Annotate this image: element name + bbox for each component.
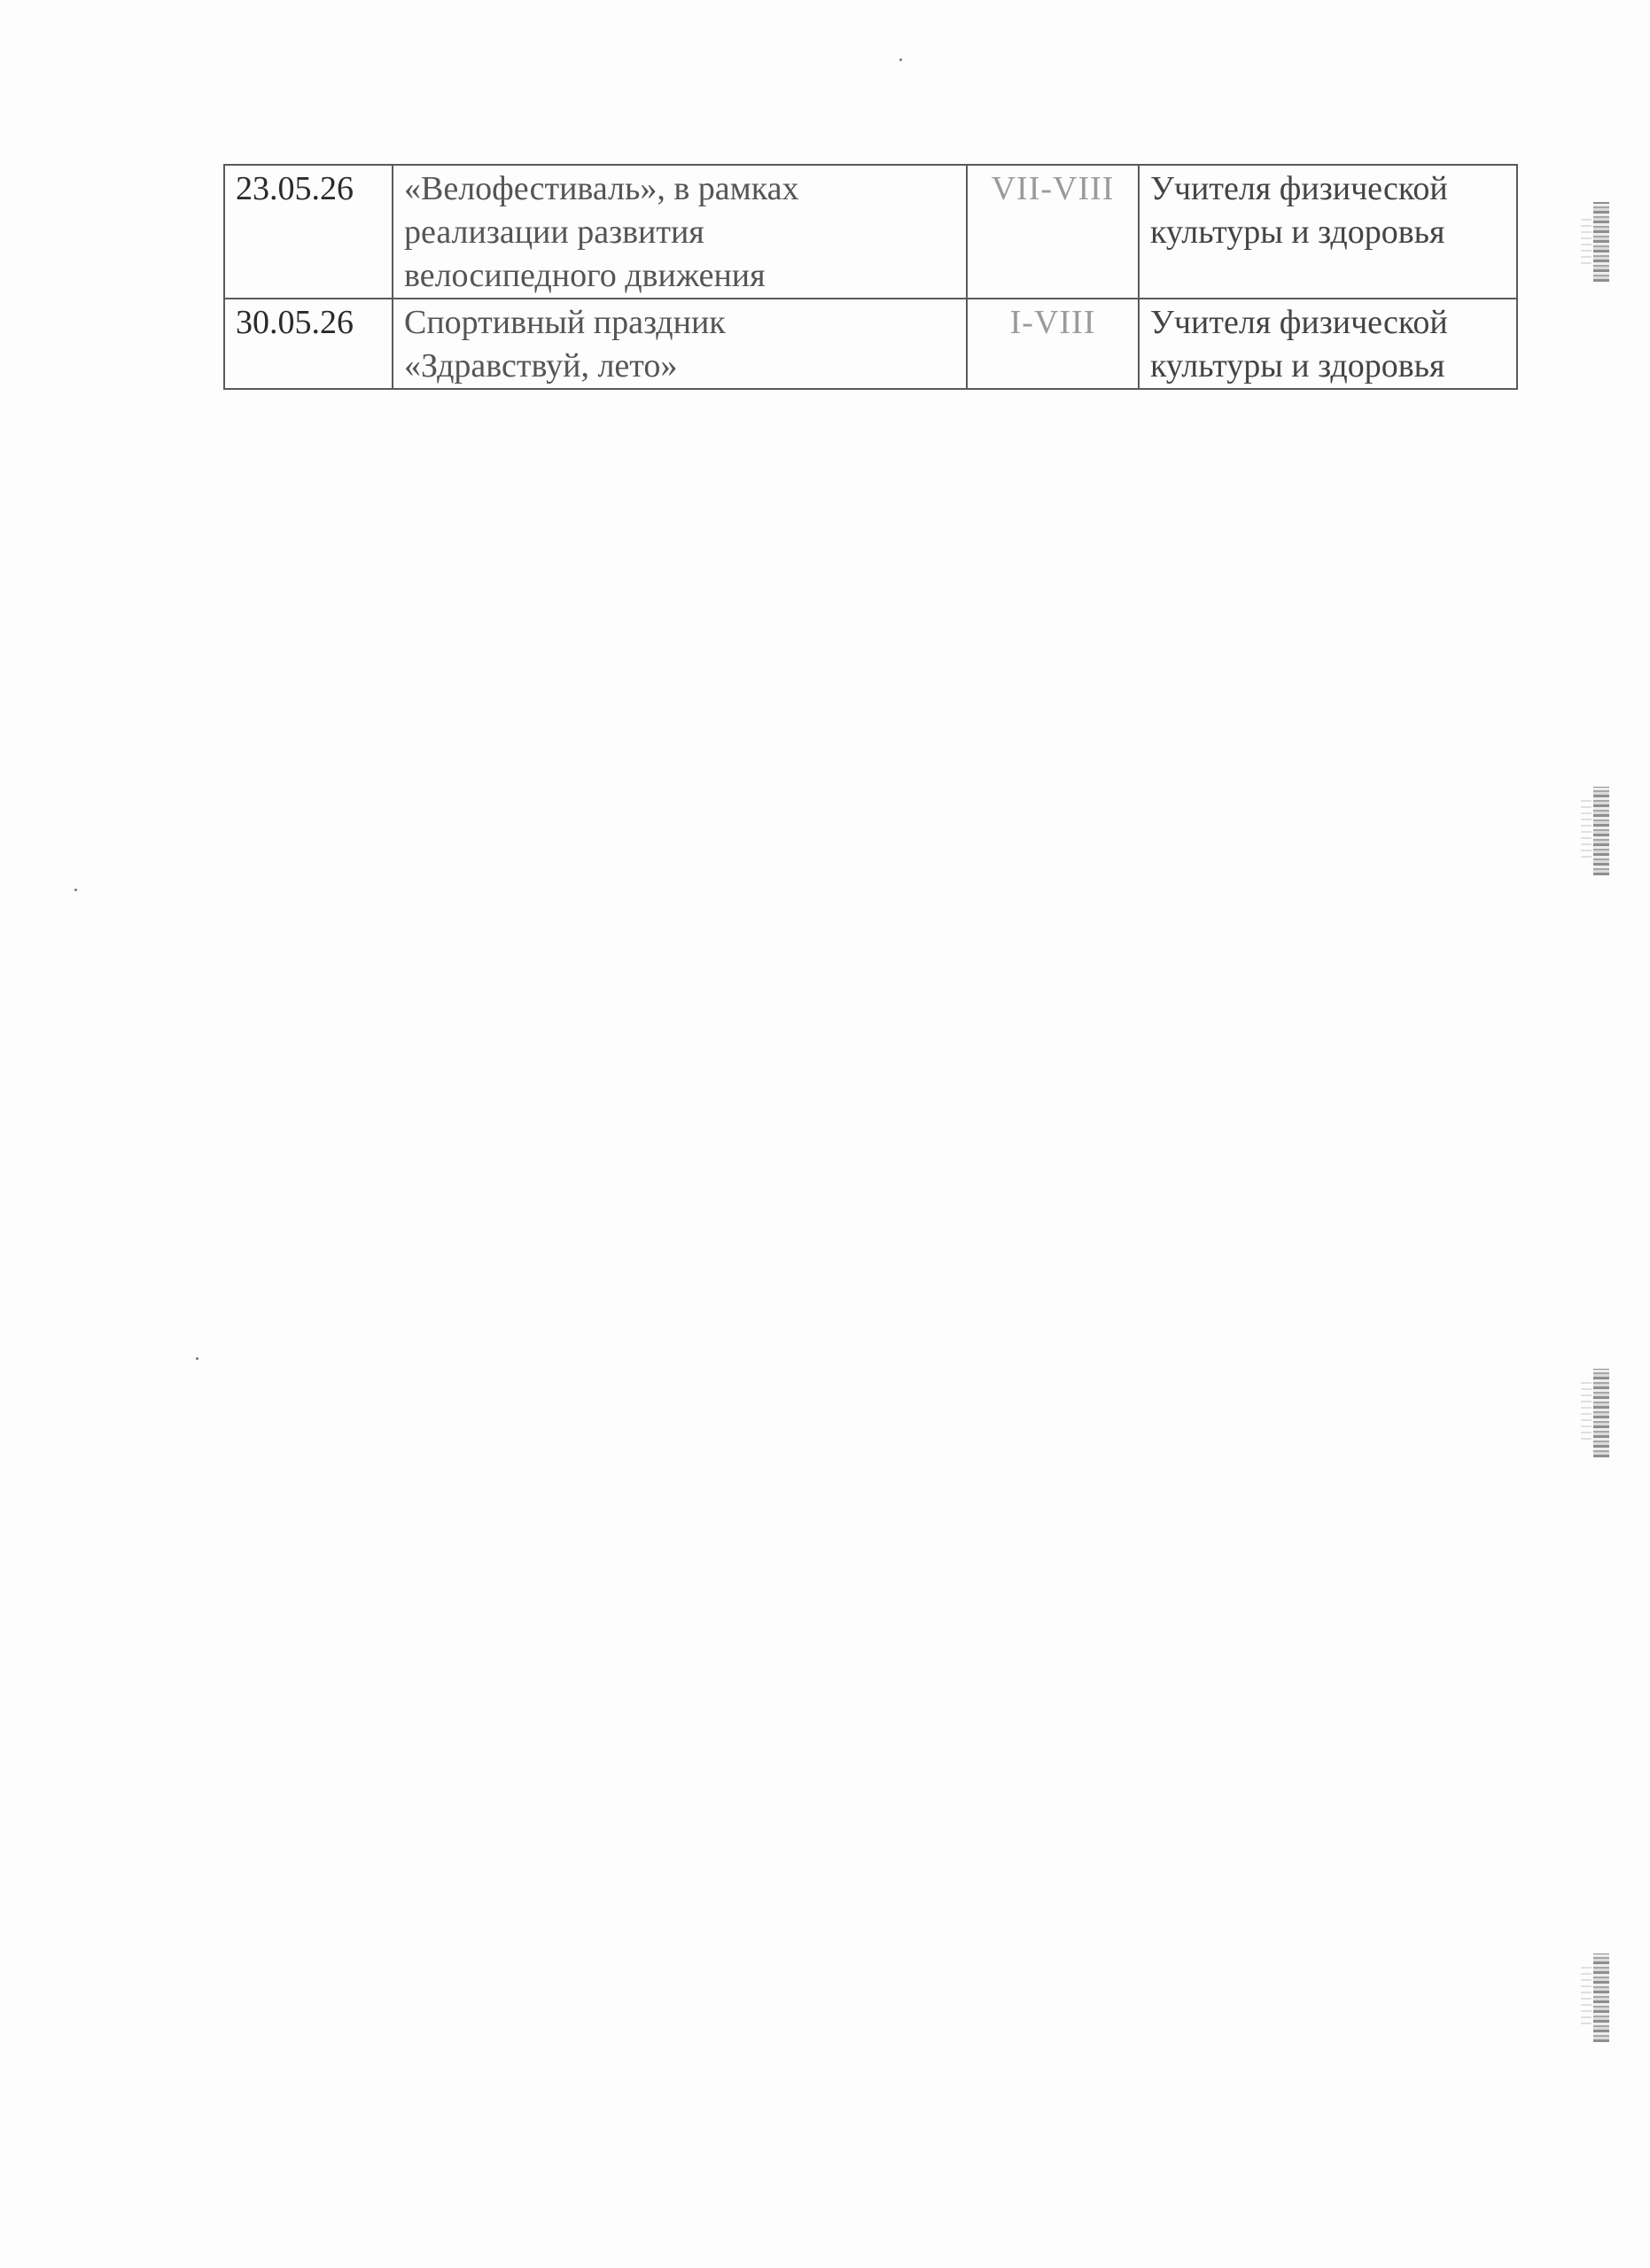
event-date: 23.05.26 xyxy=(224,165,393,299)
speck xyxy=(74,889,77,891)
table-row: 23.05.26 «Велофестиваль», в рамках реали… xyxy=(224,165,1517,299)
scanner-artifact xyxy=(1593,1369,1609,1457)
scanner-artifact xyxy=(1593,202,1609,282)
scanner-artifact xyxy=(1593,1953,1609,2042)
event-date: 30.05.26 xyxy=(224,299,393,389)
speck xyxy=(196,1357,198,1360)
scanner-artifact xyxy=(1593,787,1609,875)
event-name: Спортивный праздник «Здравствуй, лето» xyxy=(393,299,967,389)
event-grades: VII-VIII xyxy=(967,165,1139,299)
event-responsible: Учителя физической культуры и здоровья xyxy=(1139,165,1517,299)
table-row: 30.05.26 Спортивный праздник «Здравствуй… xyxy=(224,299,1517,389)
event-grades: I-VIII xyxy=(967,299,1139,389)
scanned-page: 23.05.26 «Велофестиваль», в рамках реали… xyxy=(0,0,1650,2268)
events-table: 23.05.26 «Велофестиваль», в рамках реали… xyxy=(223,164,1518,390)
event-name: «Велофестиваль», в рамках реализации раз… xyxy=(393,165,967,299)
event-responsible: Учителя физической культуры и здоровья xyxy=(1139,299,1517,389)
speck xyxy=(899,58,902,61)
